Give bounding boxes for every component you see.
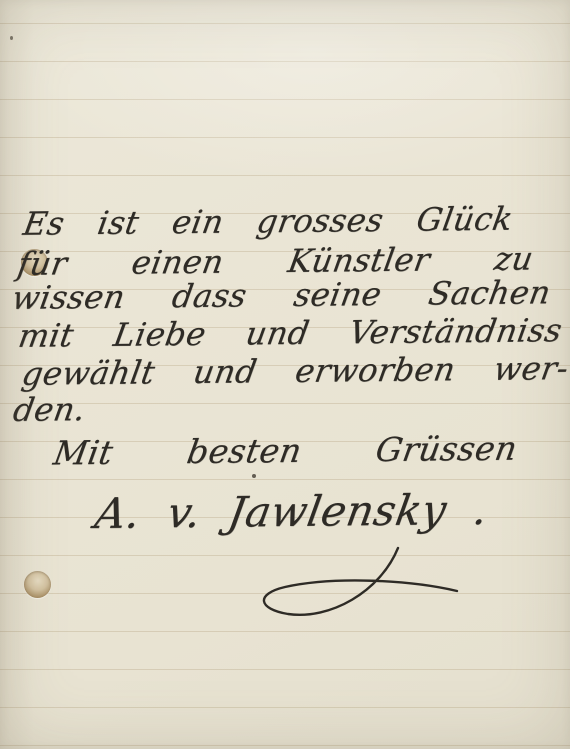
letter-scan: Es ist ein grosses Glück für einen Künst… xyxy=(0,0,570,749)
paper-vignette xyxy=(0,0,570,749)
